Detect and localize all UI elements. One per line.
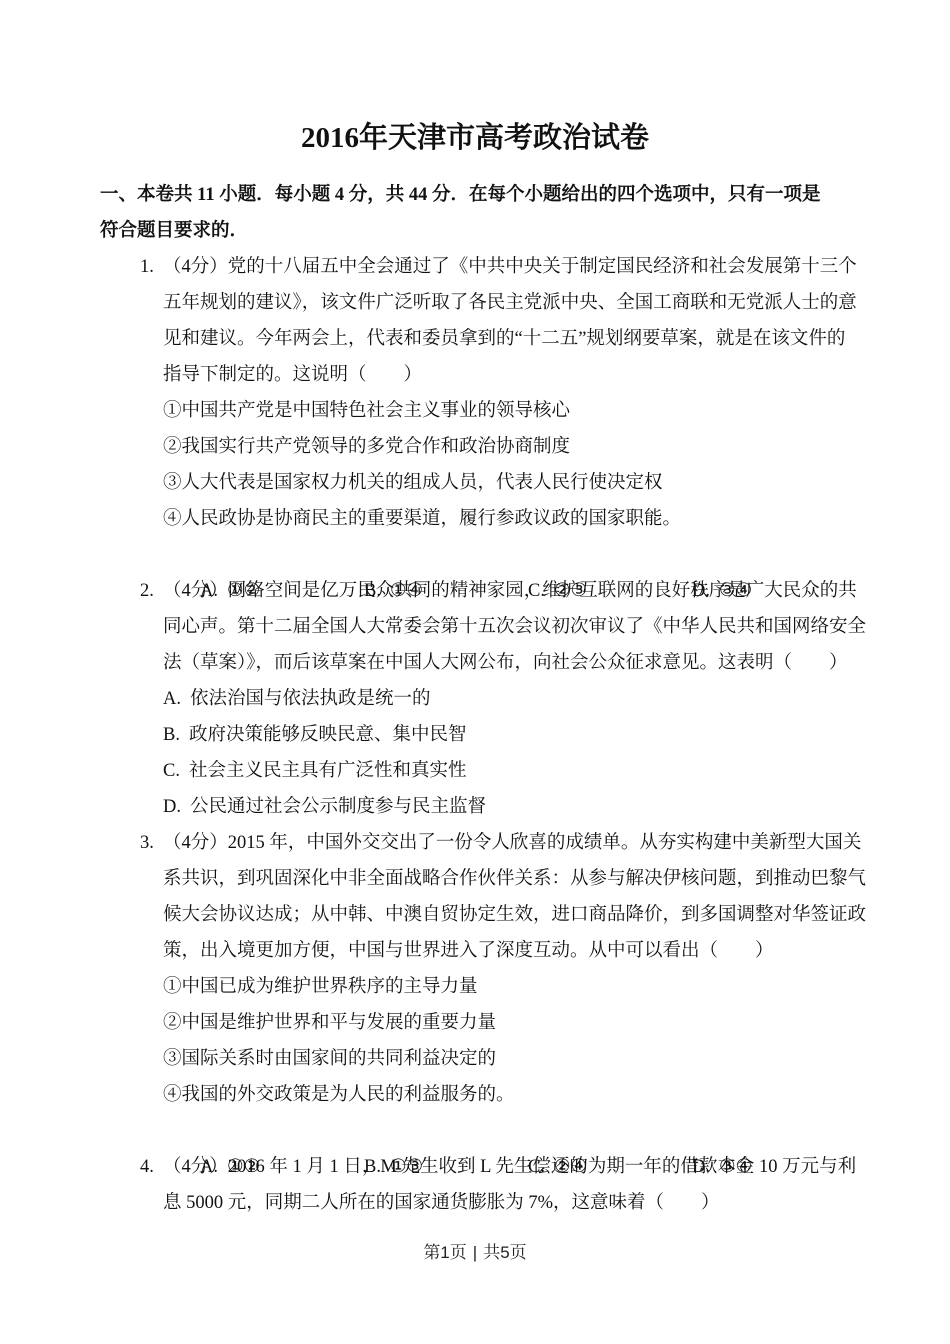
question-3-stem-line: 候大会协议达成；从中韩、中澳自贸协定生效，进口商品降价，到多国调整对华签证政 [100, 897, 850, 933]
question-3-sub-item-2: ②中国是维护世界和平与发展的重要力量 [100, 1005, 850, 1041]
question-1-sub-item-4: ④人民政协是协商民主的重要渠道，履行参政议政的国家职能。 [100, 501, 850, 537]
question-3-stem-line: 系共识，到巩固深化中非全面战略合作伙伴关系：从参与解决伊核问题，到推动巴黎气 [100, 861, 850, 897]
question-1-options-row: A.①②B.①④C.②③D.③④ [100, 537, 850, 573]
question-1-stem-line: 指导下制定的。这说明（ ） [100, 357, 850, 393]
question-2-stem-line: 法（草案）》，而后该草案在中国人大网公布，向社会公众征求意见。这表明（ ） [100, 645, 850, 681]
question-1-stem-line: 1.（4分）党的十八届五中全会通过了《中共中央关于制定国民经济和社会发展第十三个 [100, 249, 850, 285]
question-1-number: 1. [140, 249, 163, 285]
question-1-sub-item-1: ①中国共产党是中国特色社会主义事业的领导核心 [100, 393, 850, 429]
option-label: B. [163, 725, 180, 745]
question-3-sub-item-4: ④我国的外交政策是为人民的利益服务的。 [100, 1077, 850, 1113]
question-1-stem-line: 五年规划的建议》，该文件广泛听取了各民主党派中央、全国工商联和无党派人士的意 [100, 285, 850, 321]
question-4-stem-line: 4.（4分）2016 年 1 月 1 日，M 先生收到 L 先生偿还的为期一年的… [100, 1149, 850, 1185]
question-1: 1.（4分）党的十八届五中全会通过了《中共中央关于制定国民经济和社会发展第十三个… [100, 249, 850, 573]
section-intro-line-1: 一、本卷共 11 小题．每小题 4 分，共 44 分．在每个小题给出的四个选项中… [100, 177, 850, 213]
question-3-sub-item-1: ①中国已成为维护世界秩序的主导力量 [100, 969, 850, 1005]
question-2-stem-line: 2.（4分）网络空间是亿万民众共同的精神家园，维护互联网的良好秩序是广大民众的共 [100, 573, 850, 609]
question-1-stem-line: 见和建议。今年两会上，代表和委员拿到的“十二五”规划纲要草案，就是在该文件的 [100, 321, 850, 357]
question-4-stem-line: 息 5000 元，同期二人所在的国家通货膨胀为 7%，这意味着（ ） [100, 1185, 850, 1221]
question-3-stem-text: （4分）2015 年，中国外交交出了一份令人欣喜的成绩单。从夯实构建中美新型大国… [163, 833, 861, 853]
question-2-stem-text: （4分）网络空间是亿万民众共同的精神家园，维护互联网的良好秩序是广大民众的共 [163, 581, 857, 601]
question-1-stem-text: （4分）党的十八届五中全会通过了《中共中央关于制定国民经济和社会发展第十三个 [163, 257, 857, 277]
exam-body: 一、本卷共 11 小题．每小题 4 分，共 44 分．在每个小题给出的四个选项中… [100, 177, 850, 1221]
question-2-stem-line: 同心声。第十二届全国人大常委会第十五次会议初次审议了《中华人民共和国网络安全 [100, 609, 850, 645]
footer-page-number: 第1页 [423, 1243, 466, 1262]
footer-page-total: 共5页 [483, 1243, 526, 1262]
question-2: 2.（4分）网络空间是亿万民众共同的精神家园，维护互联网的良好秩序是广大民众的共… [100, 573, 850, 825]
option-text: 依法治国与依法执政是统一的 [190, 689, 431, 709]
question-3-options-row: A.①②B.①③C.②④D.③④ [100, 1113, 850, 1149]
question-2-option-d: D.公民通过社会公示制度参与民主监督 [100, 789, 850, 825]
section-intro-line-2: 符合题目要求的． [100, 213, 850, 249]
question-4: 4.（4分）2016 年 1 月 1 日，M 先生收到 L 先生偿还的为期一年的… [100, 1149, 850, 1221]
option-label: C. [163, 761, 180, 781]
question-2-option-b: B.政府决策能够反映民意、集中民智 [100, 717, 850, 753]
question-2-option-a: A.依法治国与依法执政是统一的 [100, 681, 850, 717]
question-1-sub-item-3: ③人大代表是国家权力机关的组成人员，代表人民行使决定权 [100, 465, 850, 501]
option-text: 社会主义民主具有广泛性和真实性 [189, 761, 467, 781]
footer-separator: | [473, 1243, 477, 1262]
question-2-number: 2. [140, 573, 163, 609]
option-text: 政府决策能够反映民意、集中民智 [189, 725, 467, 745]
option-label: A. [163, 689, 181, 709]
page-title: 2016年天津市高考政治试卷 [100, 0, 850, 160]
exam-page: 2016年天津市高考政治试卷 一、本卷共 11 小题．每小题 4 分，共 44 … [0, 0, 950, 1344]
page-footer: 第1页|共5页 [100, 1235, 850, 1271]
question-3-number: 3. [140, 825, 163, 861]
question-3-sub-item-3: ③国际关系时由国家间的共同利益决定的 [100, 1041, 850, 1077]
option-text: 公民通过社会公示制度参与民主监督 [190, 797, 486, 817]
question-2-option-c: C.社会主义民主具有广泛性和真实性 [100, 753, 850, 789]
option-label: D. [163, 797, 181, 817]
question-4-stem-text: （4分）2016 年 1 月 1 日，M 先生收到 L 先生偿还的为期一年的借款… [163, 1157, 856, 1177]
question-1-sub-item-2: ②我国实行共产党领导的多党合作和政治协商制度 [100, 429, 850, 465]
question-3-stem-line: 3.（4分）2015 年，中国外交交出了一份令人欣喜的成绩单。从夯实构建中美新型… [100, 825, 850, 861]
question-3-stem-line: 策，出入境更加方便，中国与世界进入了深度互动。从中可以看出（ ） [100, 933, 850, 969]
question-4-number: 4. [140, 1149, 163, 1185]
question-3: 3.（4分）2015 年，中国外交交出了一份令人欣喜的成绩单。从夯实构建中美新型… [100, 825, 850, 1149]
